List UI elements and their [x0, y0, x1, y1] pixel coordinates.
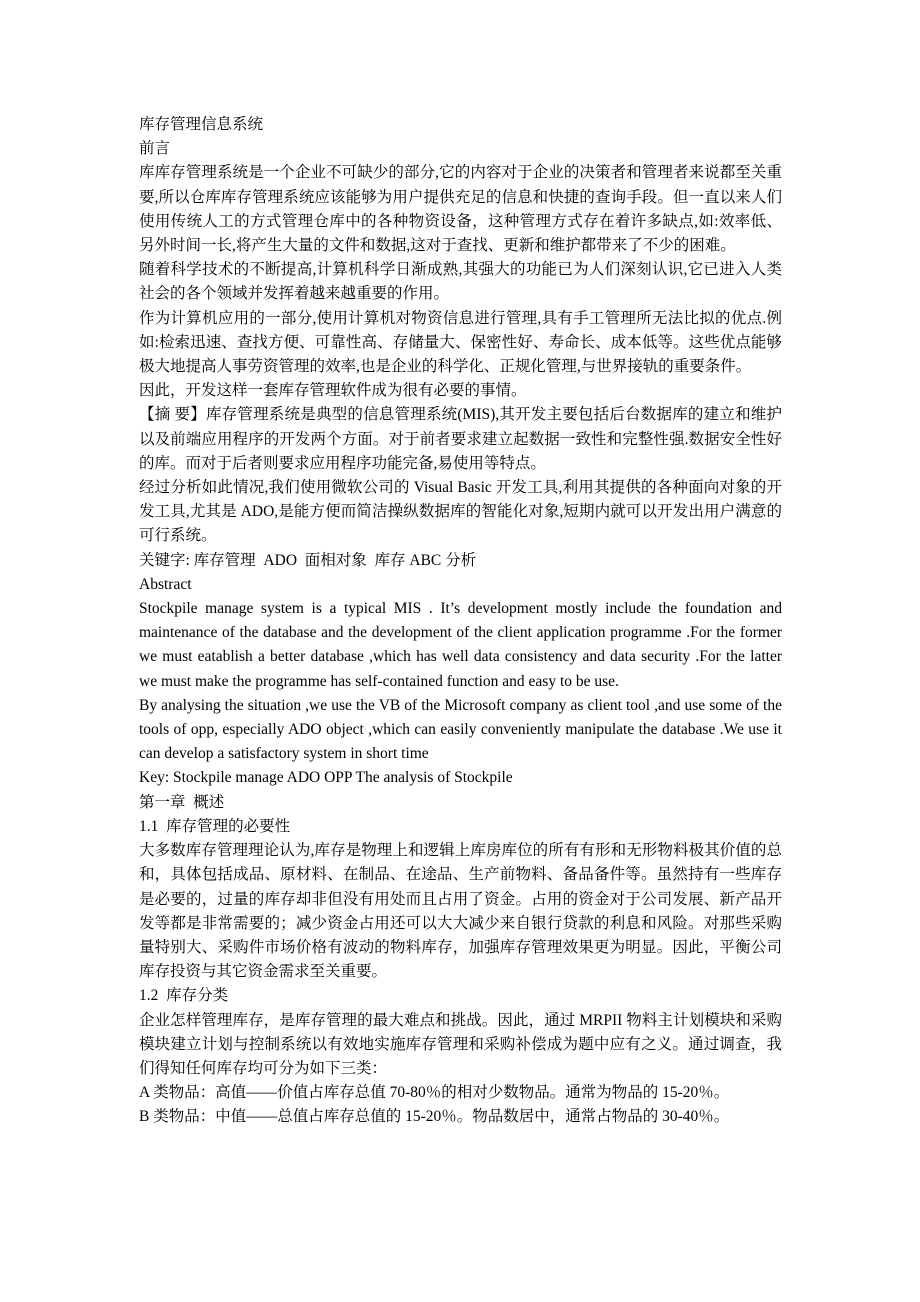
section-1-2-heading: 1.2 库存分类: [139, 984, 782, 1008]
preface-paragraph: 库库存管理系统是一个企业不可缺少的部分,它的内容对于企业的决策者和管理者来说都至…: [139, 161, 782, 258]
section-1-2-paragraph: 企业怎样管理库存，是库存管理的最大难点和挑战。因此，通过 MRPII 物料主计划…: [139, 1009, 782, 1082]
keywords-cn: 关键字: 库存管理 ADO 面相对象 库存 ABC 分析: [139, 549, 782, 573]
abstract-en-paragraph: Stockpile manage system is a typical MIS…: [139, 597, 782, 694]
preface-paragraph: 因此，开发这样一套库存管理软件成为很有必要的事情。: [139, 379, 782, 403]
abstract-cn-paragraph: 经过分析如此情况,我们使用微软公司的 Visual Basic 开发工具,利用其…: [139, 476, 782, 549]
document-page: 库存管理信息系统 前言 库库存管理系统是一个企业不可缺少的部分,它的内容对于企业…: [139, 113, 782, 1130]
chapter-1-heading: 第一章 概述: [139, 791, 782, 815]
abstract-en-paragraph: By analysing the situation ,we use the V…: [139, 694, 782, 767]
abstract-cn-paragraph: 【摘 要】库存管理系统是典型的信息管理系统(MIS),其开发主要包括后台数据库的…: [139, 403, 782, 476]
preface-paragraph: 随着科学技术的不断提高,计算机科学日渐成熟,其强大的功能已为人们深刻认识,它已进…: [139, 258, 782, 306]
section-1-1-paragraph: 大多数库存管理理论认为,库存是物理上和逻辑上库房库位的所有有形和无形物料极其价值…: [139, 839, 782, 984]
preface-paragraph: 作为计算机应用的一部分,使用计算机对物资信息进行管理,具有手工管理所无法比拟的优…: [139, 307, 782, 380]
category-b-item: B 类物品：中值——总值占库存总值的 15-20％。物品数居中，通常占物品的 3…: [139, 1105, 782, 1129]
document-title: 库存管理信息系统: [139, 113, 782, 137]
abstract-en-heading: Abstract: [139, 573, 782, 597]
keywords-en: Key: Stockpile manage ADO OPP The analys…: [139, 766, 782, 790]
category-a-item: A 类物品：高值——价值占库存总值 70-80％的相对少数物品。通常为物品的 1…: [139, 1081, 782, 1105]
preface-heading: 前言: [139, 137, 782, 161]
section-1-1-heading: 1.1 库存管理的必要性: [139, 815, 782, 839]
